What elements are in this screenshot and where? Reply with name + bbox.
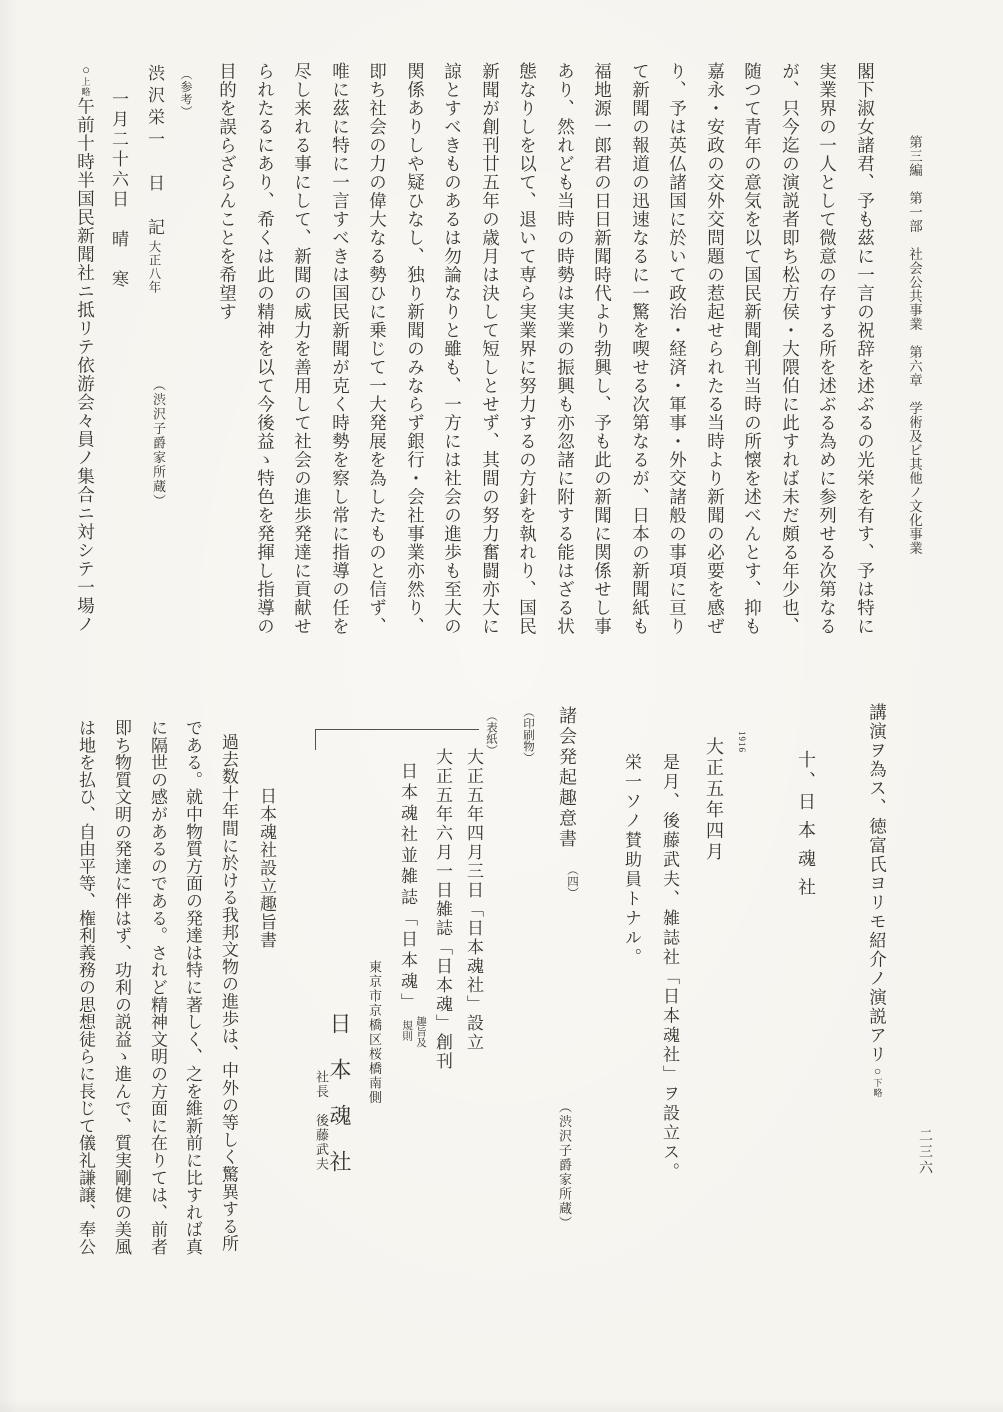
speech-line-9: あり、然れども当時の時勢は実業の振興も亦忽諸に附する能はざる状 [556, 62, 574, 636]
printed-matter-label-text: （印刷物） [522, 706, 534, 764]
diary-body-line-text: ○ [79, 62, 94, 77]
diary-title-line-text: 大正八年 [147, 240, 161, 294]
shui-line-5: は地を払ひ、自由平等、権利義務の思想徒らに長じて儀礼謙譲、奉公 [77, 719, 94, 1255]
diary-body-line: ○上略午前十時半国民新聞社ニ抵リテ依游会々員ノ集合ニ対シテ一場ノ [76, 62, 94, 634]
company-president: 社長 後藤武夫 [313, 1070, 329, 1172]
company-name: 日 本 魂 社 [328, 1012, 350, 1173]
speech-line-3: が、只今迄の演説者即ち松方侯・大隈伯に此すれば未だ頗る年少也、 [781, 62, 799, 636]
chapter-header-line-text: 第三編 第一部 社会公共事業 第六章 学術及ビ其他ノ文化事業 [907, 135, 922, 555]
speech-line-8-text: 福地源一郎君の日日新聞時代より勃興し、予も此の新聞に関係せし事 [593, 62, 613, 636]
warichu-note-right: 趣旨及 [412, 1016, 428, 1048]
shui-line-5-text: は地を払ひ、自由平等、権利義務の思想徒らに長じて儀礼謙譲、奉公 [76, 719, 95, 1255]
speech-line-12: 諒とすべきものあるは勿論なりと雖も、一方には社会の進歩も至大の [443, 62, 461, 636]
speech-line-8: 福地源一郎君の日日新聞時代より勃興し、予も此の新聞に関係せし事 [593, 62, 611, 636]
printed-matter-label: （印刷物） [520, 706, 536, 764]
cover-line-1-text: 大正五年四月三日「日本魂社」設立 [464, 748, 483, 1052]
warichu-note-left: 規則 [398, 1020, 414, 1041]
entry-line-2-text: 栄一ソノ賛助員トナル。 [622, 753, 641, 968]
speech-line-10: 態なりしを以て、退いて専ら実業界に努力するの方針を執れり、国民 [518, 62, 536, 636]
shui-line-2-text: である。就中物質方面の発達は特に著しく、之を維新前に比すれば真 [183, 719, 202, 1255]
chapter-header-line: 第三編 第一部 社会公共事業 第六章 学術及ビ其他ノ文化事業 [906, 135, 922, 555]
warichu-note-left-text: 規則 [401, 1020, 412, 1041]
speech-line-13: 関係ありしや疑ひなし、独り新聞のみならず銀行・会社事業亦然り、 [406, 62, 424, 636]
diary-title-line: 渋沢栄一 日 記大正八年 [146, 64, 163, 294]
speech-line-7: て新聞の報道の迅速なるに一驚を喫せる次第なるが、日本の新聞紙も [631, 62, 649, 636]
speech-line-16-text: 尽し来れる事にして、新聞の威力を善用して社会の進歩発達に貢献せ [293, 62, 313, 636]
shui-heading: 日本魂社設立趣旨書 [258, 787, 275, 949]
speech-line-1-text: 閣下淑女諸君、予も茲に一言の祝辞を述ぶるの光栄を有す、予は特に [856, 62, 876, 636]
speech-line-10-text: 態なりしを以て、退いて専ら実業界に努力するの方針を執れり、国民 [518, 62, 538, 636]
speech-line-18: 目的を誤らざらんことを希望す [218, 62, 236, 321]
shui-line-4-text: 即ち物質文明の発達に伴はず、功利の説益ゝ進んで、質実剛健の美風 [112, 719, 131, 1255]
speech-line-17: られたるにあり、希くは此の精神を以て今後益ゝ特色を発揮し指導の [256, 62, 274, 636]
publisher-address: 東京市京橋区桜橋南側 [366, 960, 382, 1105]
speech-line-14-text: 即ち社会の力の偉大なる勢ひに乗じて一大発展を為したものと信ず、 [368, 62, 388, 636]
prospectus-title-text: 諸会発起趣意書 [557, 706, 577, 850]
cover-label-text: （表紙） [485, 710, 497, 756]
cover-line-1: 大正五年四月三日「日本魂社」設立 [465, 748, 482, 1052]
warichu-note-right-text: 趣旨及 [415, 1016, 426, 1048]
company-name-text: 日 本 魂 社 [327, 1012, 352, 1173]
diary-owner: （渋沢子爵家所蔵） [150, 378, 166, 509]
prospectus-number-text: （四） [566, 864, 578, 899]
diary-title-line-text: 渋沢栄一 日 記 [145, 64, 164, 240]
speech-line-5-text: 嘉永・安政の交外交問題の惹起せられたる当時より新聞の必要を感ぜ [706, 62, 726, 636]
entry-line-1: 是月、後藤武夫、雑誌社「日本魂社」ヲ設立ス。 [661, 753, 678, 1182]
cover-bracket-line [315, 729, 479, 750]
page-number: 二三六 [916, 1128, 932, 1176]
speech-line-1: 閣下淑女諸君、予も茲に一言の祝辞を述ぶるの光栄を有す、予は特に [856, 62, 874, 636]
cover-line-3: 日本魂社並雑誌「日本魂」 [399, 762, 416, 1014]
entry-line-1-text: 是月、後藤武夫、雑誌社「日本魂社」ヲ設立ス。 [660, 753, 679, 1182]
diary-body-line-text: 上略 [81, 77, 91, 97]
speech-line-5: 嘉永・安政の交外交問題の惹起せられたる当時より新聞の必要を感ぜ [706, 62, 724, 636]
speech-line-4: 随つて青年の意気を以て国民新聞創刊当時の所懐を述べんとす、抑も [743, 62, 761, 636]
cover-label: （表紙） [483, 710, 499, 756]
shui-line-4: 即ち物質文明の発達に伴はず、功利の説益ゝ進んで、質実剛健の美風 [113, 719, 130, 1255]
speech-line-15-text: 唯に茲に特に一言すべきは国民新聞が克く時勢を察し常に指導の任を [331, 62, 351, 636]
company-president-text: 社長 後藤武夫 [314, 1070, 329, 1172]
prospectus-owner-text: （渋沢子爵家所蔵） [557, 1100, 572, 1231]
diary-body-line-text: 午前十時半国民新聞社ニ抵リテ依游会々員ノ集合ニ対シテ一場ノ [76, 97, 96, 634]
year-1916-annotation-text: 1916 [737, 731, 747, 753]
section-10-heading: 十、日 本 魂 社 [797, 750, 815, 899]
prospectus-number: （四） [564, 864, 580, 899]
cover-line-2: 大正五年六月一日雑誌「日本魂」創刊 [434, 748, 451, 1071]
speech-line-9-text: あり、然れども当時の時勢は実業の振興も亦忽諸に附する能はざる状 [556, 62, 576, 636]
diary-body-line-2-text: ○ [871, 1064, 885, 1078]
year-1916-annotation: 1916 [734, 731, 750, 753]
cover-line-2-text: 大正五年六月一日雑誌「日本魂」創刊 [433, 748, 452, 1071]
speech-line-18-text: 目的を誤らざらんことを希望す [218, 62, 238, 321]
entry-date-text: 大正五年四月 [704, 737, 724, 863]
diary-body-line-2-text: 下略 [873, 1078, 883, 1098]
diary-date-line-text: 一月二十六日 晴 寒 [109, 90, 128, 290]
entry-line-2: 栄一ソノ賛助員トナル。 [623, 753, 640, 968]
speech-line-2: 実業界の一人として微意の存する所を述ぶる為めに参列せる次第なる [818, 62, 836, 636]
diary-owner-text: （渋沢子爵家所蔵） [151, 378, 166, 509]
shui-heading-text: 日本魂社設立趣旨書 [257, 787, 276, 949]
speech-line-14: 即ち社会の力の偉大なる勢ひに乗じて一大発展を為したものと信ず、 [368, 62, 386, 636]
section-10-heading-text: 十、日 本 魂 社 [796, 750, 816, 899]
speech-line-11: 新聞が創刊廿五年の歳月は決して短しとせず、其間の努力奮闘亦大に [481, 62, 499, 636]
speech-line-11-text: 新聞が創刊廿五年の歳月は決して短しとせず、其間の努力奮闘亦大に [481, 62, 501, 636]
shui-line-3-text: に隔世の感があるのである。されど精神文明の方面に在りては、前者 [148, 719, 167, 1255]
shui-line-1: 過去数十年間に於ける我邦文物の進歩は、中外の等しく驚異する所 [220, 733, 237, 1252]
shui-line-3: に隔世の感があるのである。されど精神文明の方面に在りては、前者 [149, 719, 166, 1255]
speech-line-4-text: 随つて青年の意気を以て国民新聞創刊当時の所懐を述べんとす、抑も [743, 62, 763, 636]
page-number-text: 二三六 [917, 1128, 932, 1176]
speech-line-6-text: り、予は英仏諸国に於いて政治・経済・軍事・外交諸般の事項に亘り [668, 62, 688, 636]
entry-date: 大正五年四月 [705, 737, 723, 863]
speech-line-17-text: られたるにあり、希くは此の精神を以て今後益ゝ特色を発揮し指導の [256, 62, 276, 636]
prospectus-owner: （渋沢子爵家所蔵） [556, 1100, 572, 1231]
book-page-scan: 第三編 第一部 社会公共事業 第六章 学術及ビ其他ノ文化事業閣下淑女諸君、予も茲… [0, 0, 1003, 1412]
speech-line-3-text: が、只今迄の演説者即ち松方侯・大隈伯に此すれば未だ頗る年少也、 [781, 62, 801, 636]
speech-line-7-text: て新聞の報道の迅速なるに一驚を喫せる次第なるが、日本の新聞紙も [631, 62, 651, 636]
diary-date-line: 一月二十六日 晴 寒 [110, 90, 127, 290]
reference-label: （参考） [178, 68, 194, 118]
reference-label-text: （参考） [179, 68, 193, 118]
prospectus-title: 諸会発起趣意書 [558, 706, 576, 850]
speech-line-16: 尽し来れる事にして、新聞の威力を善用して社会の進歩発達に貢献せ [293, 62, 311, 636]
diary-body-line-2: 講演ヲ為ス、徳富氏ヨリモ紹介ノ演説アリ○下略 [868, 703, 886, 1098]
publisher-address-text: 東京市京橋区桜橋南側 [367, 960, 382, 1105]
speech-line-15: 唯に茲に特に一言すべきは国民新聞が克く時勢を察し常に指導の任を [331, 62, 349, 636]
cover-line-3-text: 日本魂社並雑誌「日本魂」 [398, 762, 417, 1014]
speech-line-2-text: 実業界の一人として微意の存する所を述ぶる為めに参列せる次第なる [818, 62, 838, 636]
diary-body-line-2-text: 講演ヲ為ス、徳富氏ヨリモ紹介ノ演説アリ [868, 703, 888, 1064]
shui-line-2: である。就中物質方面の発達は特に著しく、之を維新前に比すれば真 [184, 719, 201, 1255]
speech-line-12-text: 諒とすべきものあるは勿論なりと雖も、一方には社会の進歩も至大の [443, 62, 463, 636]
speech-line-13-text: 関係ありしや疑ひなし、独り新聞のみならず銀行・会社事業亦然り、 [406, 62, 426, 636]
speech-line-6: り、予は英仏諸国に於いて政治・経済・軍事・外交諸般の事項に亘り [668, 62, 686, 636]
shui-line-1-text: 過去数十年間に於ける我邦文物の進歩は、中外の等しく驚異する所 [219, 733, 238, 1252]
